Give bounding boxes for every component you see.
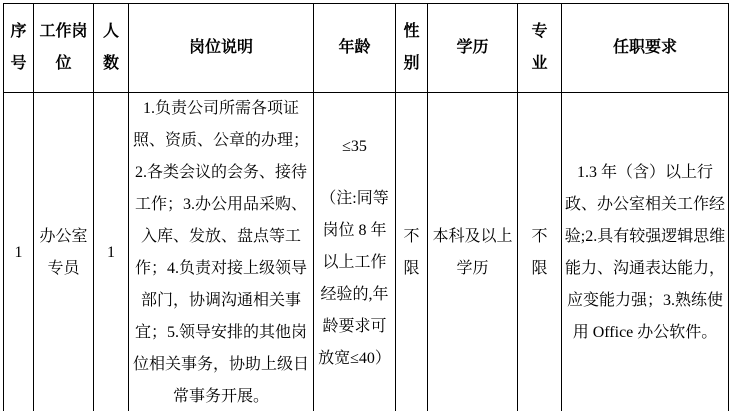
cell-serial-number: 1 <box>4 93 34 411</box>
job-recruitment-table: 序 号 工作岗 位 人 数 岗位说明 年龄 性 别 学历 专 业 任职要求 1 … <box>3 3 729 411</box>
cell-education: 本科及以上 学历 <box>428 93 518 411</box>
cell-job-position: 办公室 专员 <box>34 93 94 411</box>
cell-major: 不限 <box>518 93 562 411</box>
cell-requirements: 1.3 年（含）以上行政、办公室相关工作经验;2.具有较强逻辑思维能力、沟通表达… <box>562 93 729 411</box>
col-header-serial-number: 序 号 <box>4 4 34 93</box>
col-header-age: 年龄 <box>314 4 396 93</box>
age-note: （注:同等岗位 8 年以上工作经验的,年龄要求可放宽≤40） <box>316 183 393 375</box>
col-header-headcount: 人 数 <box>94 4 129 93</box>
col-header-job-position: 工作岗 位 <box>34 4 94 93</box>
cell-headcount: 1 <box>94 93 129 411</box>
col-header-gender: 性 别 <box>396 4 428 93</box>
col-header-education: 学历 <box>428 4 518 93</box>
col-header-job-description: 岗位说明 <box>129 4 314 93</box>
cell-age: ≤35 （注:同等岗位 8 年以上工作经验的,年龄要求可放宽≤40） <box>314 93 396 411</box>
col-header-major: 专 业 <box>518 4 562 93</box>
cell-job-description: 1.负责公司所需各项证照、资质、公章的办理；2.各类会议的会务、接待工作；3.办… <box>129 93 314 411</box>
cell-gender: 不限 <box>396 93 428 411</box>
age-limit: ≤35 <box>316 131 393 163</box>
col-header-requirements: 任职要求 <box>562 4 729 93</box>
table-row: 1 办公室 专员 1 1.负责公司所需各项证照、资质、公章的办理；2.各类会议的… <box>4 93 729 411</box>
header-row: 序 号 工作岗 位 人 数 岗位说明 年龄 性 别 学历 专 业 任职要求 <box>4 4 729 93</box>
